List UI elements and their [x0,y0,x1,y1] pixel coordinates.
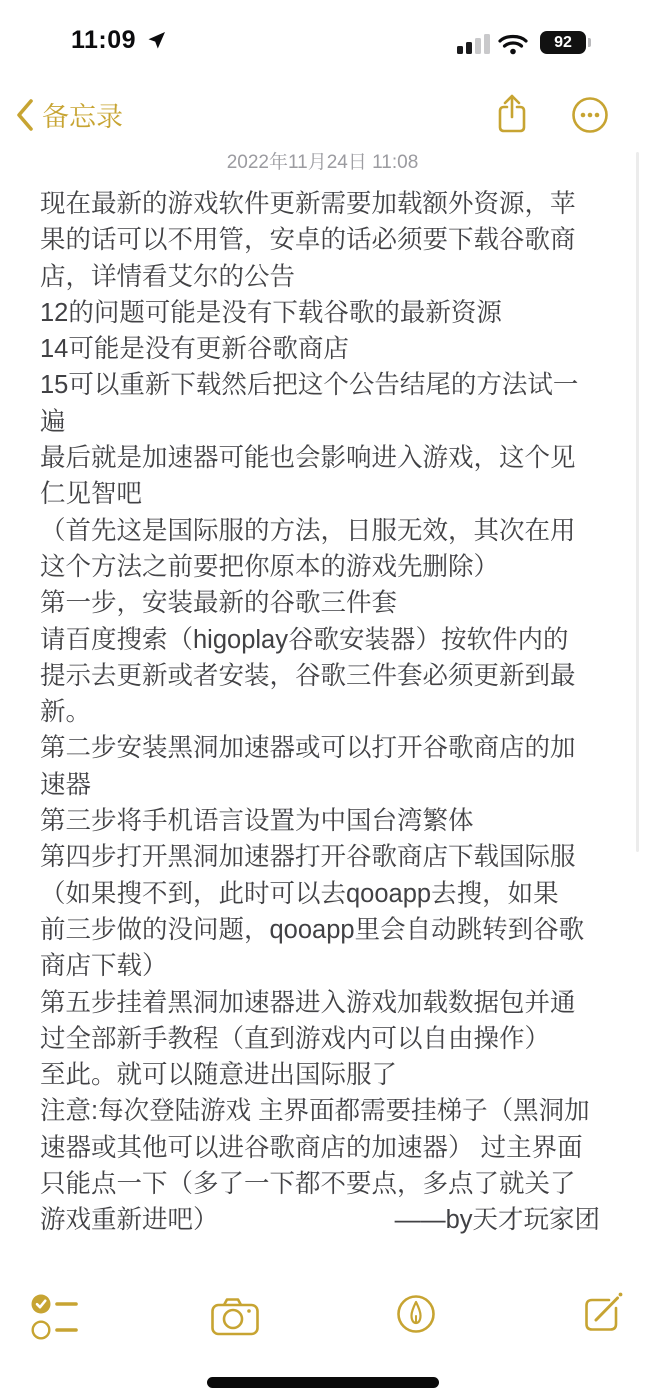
note-text-line[interactable]: 12的问题可能是没有下载谷歌的最新资源 [40,295,605,331]
note-text-line[interactable]: 新。 [40,694,605,730]
note-text-line[interactable]: 最后就是加速器可能也会影响进入游戏，这个见 [40,440,605,476]
note-text-line[interactable]: 现在最新的游戏软件更新需要加载额外资源，苹 [40,186,605,222]
note-text-line[interactable]: 仁见智吧 [40,476,605,512]
battery-tip [588,38,591,47]
location-arrow-icon [147,31,166,50]
note-text-line[interactable]: 第一步，安装最新的谷歌三件套 [40,585,605,621]
status-time: 11:09 [71,26,136,55]
note-text-line[interactable]: 前三步做的没问题，qooapp里会自动跳转到谷歌 [40,912,605,948]
battery-icon: 92 [540,31,586,54]
more-options-button[interactable] [571,96,609,134]
note-text-line[interactable]: 提示去更新或者安装，谷歌三件套必须更新到最 [40,658,605,694]
note-text-line[interactable]: 过全部新手教程（直到游戏内可以自由操作） [40,1021,605,1057]
note-text-line[interactable]: 第四步打开黑洞加速器打开谷歌商店下载国际服 [40,839,605,875]
camera-icon[interactable] [211,1297,259,1337]
note-text-line[interactable]: 店，详情看艾尔的公告 [40,259,605,295]
note-text-lines: 现在最新的游戏软件更新需要加载额外资源，苹果的话可以不用管，安卓的话必须要下载谷… [40,186,605,1202]
note-text-line[interactable]: 至此。就可以随意进出国际服了 [40,1057,605,1093]
chevron-left-icon [15,98,34,132]
back-button-label: 备忘录 [42,95,123,134]
note-text-line[interactable]: 第三步将手机语言设置为中国台湾繁体 [40,803,605,839]
note-text-line[interactable]: 遍 [40,404,605,440]
checklist-icon[interactable] [30,1292,80,1342]
note-text-line[interactable]: 这个方法之前要把你原本的游戏先删除） [40,549,605,585]
scrollbar-indicator[interactable] [636,152,639,852]
signal-bars-icon [457,33,491,55]
back-button[interactable]: 备忘录 [15,95,123,134]
note-text-line[interactable]: 15可以重新下载然后把这个公告结尾的方法试一 [40,367,605,403]
note-text-line[interactable]: （首先这是国际服的方法，日服无效，其次在用 [40,513,605,549]
note-text-line[interactable]: （如果搜不到，此时可以去qooapp去搜，如果 [40,876,605,912]
note-text-line[interactable]: 注意:每次登陆游戏 主界面都需要挂梯子（黑洞加 [40,1093,605,1129]
home-indicator[interactable] [207,1377,439,1388]
note-body[interactable]: 现在最新的游戏软件更新需要加载额外资源，苹果的话可以不用管，安卓的话必须要下载谷… [40,186,605,1239]
note-text-line[interactable]: 请百度搜索（higoplay谷歌安装器）按软件内的 [40,622,605,658]
note-text-line[interactable]: 果的话可以不用管，安卓的话必须要下载谷歌商 [40,222,605,258]
note-date: 2022年11月24日 11:08 [0,147,645,174]
markup-pen-icon[interactable] [396,1294,436,1334]
note-text-line[interactable]: 第五步挂着黑洞加速器进入游戏加载数据包并通 [40,985,605,1021]
note-signature: ——by天才玩家团 [395,1202,600,1238]
share-button[interactable] [496,93,528,135]
note-text-line[interactable]: 第二步安装黑洞加速器或可以打开谷歌商店的加 [40,730,605,766]
note-text-line[interactable]: 14可能是没有更新谷歌商店 [40,331,605,367]
note-text-line[interactable]: 只能点一下（多了一下都不要点，多点了就关了 [40,1166,605,1202]
compose-icon[interactable] [583,1290,625,1334]
note-last-line-left: 游戏重新进吧） [40,1202,219,1238]
note-text-line[interactable]: 速器 [40,767,605,803]
wifi-icon [497,32,529,56]
note-text-line[interactable]: 速器或其他可以进谷歌商店的加速器） 过主界面 [40,1130,605,1166]
note-text-line[interactable]: 商店下载） [40,948,605,984]
note-text-line-last[interactable]: 游戏重新进吧） ——by天才玩家团 [40,1202,600,1238]
